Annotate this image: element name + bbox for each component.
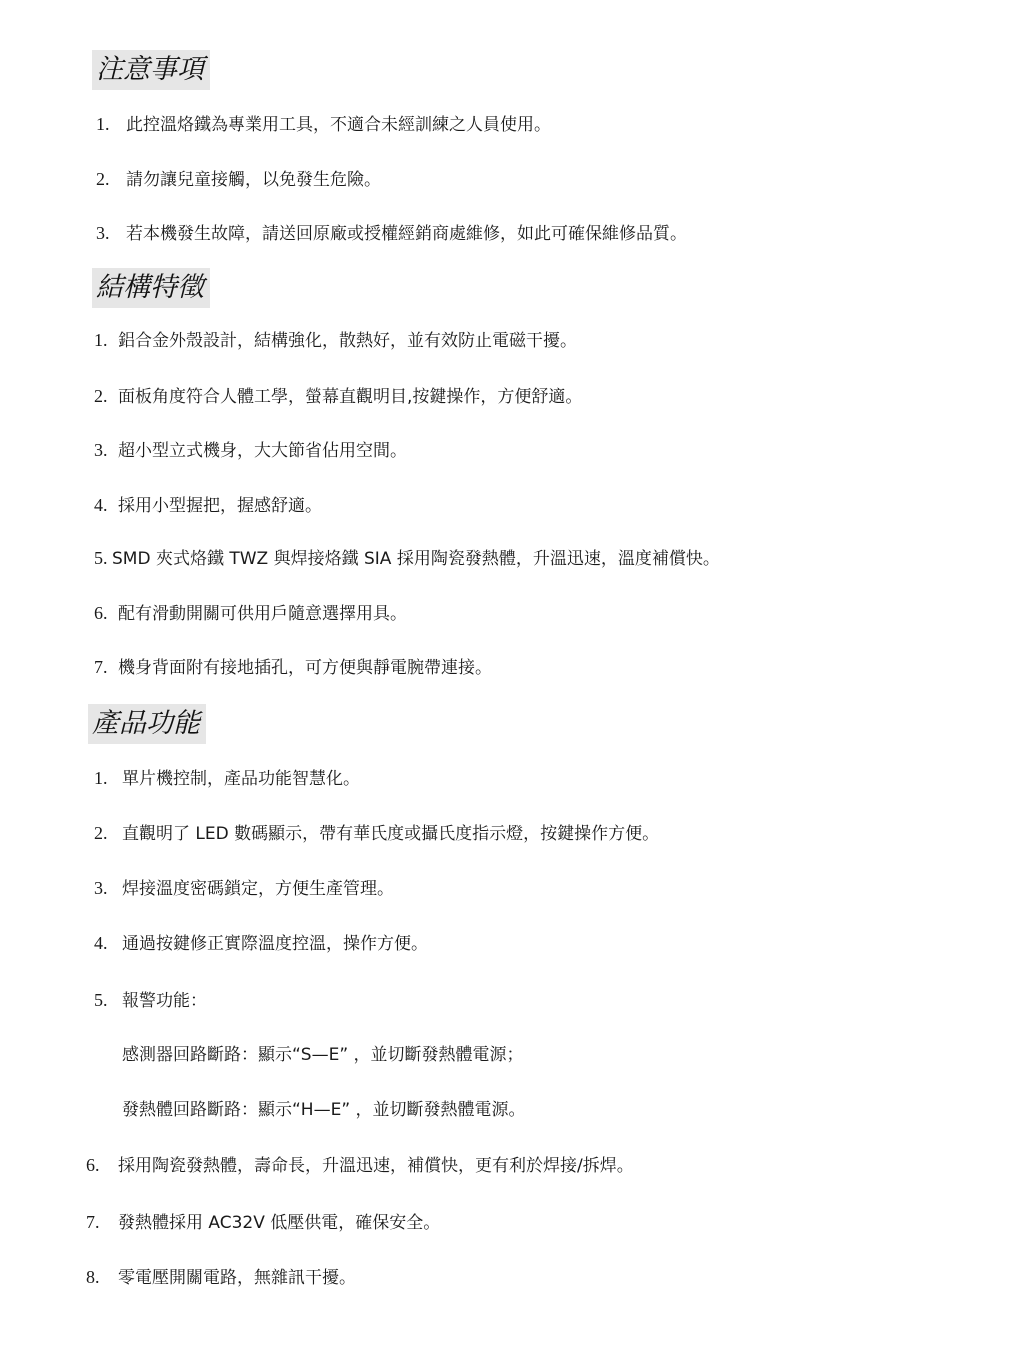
item-number: 6. bbox=[94, 601, 118, 625]
alarm-detail-heater: 發熱體回路斷路：顯示“H—E” ，並切斷發熱體電源。 bbox=[122, 1098, 526, 1122]
item-number: 1. bbox=[94, 328, 118, 352]
item-number: 8. bbox=[86, 1265, 118, 1289]
item-text: 零電壓開關電路，無雜訊干擾。 bbox=[118, 1268, 356, 1288]
item-text: 此控溫烙鐵為專業用工具，不適合未經訓練之人員使用。 bbox=[126, 115, 551, 135]
item-text: 超小型立式機身，大大節省佔用空間。 bbox=[118, 441, 407, 461]
list-item: 5.報警功能： bbox=[94, 988, 207, 1013]
item-text: 採用陶瓷發熱體，壽命長，升溫迅速，補償快，更有利於焊接/拆焊。 bbox=[118, 1156, 634, 1176]
item-text: SMD 夾式烙鐵 TWZ 與焊接烙鐵 SIA 採用陶瓷發熱體，升溫迅速，溫度補償… bbox=[112, 549, 720, 569]
item-number: 5. bbox=[94, 546, 112, 570]
item-text: 鋁合金外殼設計，結構強化，散熱好，並有效防止電磁干擾。 bbox=[118, 331, 577, 351]
item-number: 7. bbox=[94, 655, 118, 679]
item-text: 感測器回路斷路：顯示“S—E” ，並切斷發熱體電源； bbox=[122, 1045, 524, 1065]
item-number: 1. bbox=[94, 766, 122, 790]
item-number: 5. bbox=[94, 988, 122, 1012]
list-item: 8.零電壓開關電路，無雜訊干擾。 bbox=[86, 1265, 356, 1290]
item-number: 6. bbox=[86, 1153, 118, 1177]
item-text: 直觀明了 LED 數碼顯示，帶有華氏度或攝氏度指示燈，按鍵操作方便。 bbox=[122, 824, 659, 844]
item-text: 配有滑動開關可供用戶隨意選擇用具。 bbox=[118, 604, 407, 624]
item-number: 3. bbox=[94, 438, 118, 462]
item-number: 3. bbox=[94, 876, 122, 900]
item-text: 機身背面附有接地插孔，可方便與靜電腕帶連接。 bbox=[118, 658, 492, 678]
list-item: 2.直觀明了 LED 數碼顯示，帶有華氏度或攝氏度指示燈，按鍵操作方便。 bbox=[94, 821, 659, 846]
list-item: 3.若本機發生故障，請送回原廠或授權經銷商處維修，如此可確保維修品質。 bbox=[96, 221, 687, 246]
list-item: 7.發熱體採用 AC32V 低壓供電，確保安全。 bbox=[86, 1210, 440, 1235]
list-item: 1.單片機控制，產品功能智慧化。 bbox=[94, 766, 360, 791]
item-number: 7. bbox=[86, 1210, 118, 1234]
list-item: 4.通過按鍵修正實際溫度控溫，操作方便。 bbox=[94, 931, 428, 956]
item-number: 1. bbox=[96, 112, 126, 136]
list-item: 2.面板角度符合人體工學，螢幕直觀明目,按鍵操作，方便舒適。 bbox=[94, 384, 582, 409]
item-text: 採用小型握把，握感舒適。 bbox=[118, 496, 322, 516]
item-number: 4. bbox=[94, 493, 118, 517]
section-heading-structural-features: 結構特徵 bbox=[92, 268, 210, 308]
item-text: 若本機發生故障，請送回原廠或授權經銷商處維修，如此可確保維修品質。 bbox=[126, 224, 687, 244]
item-number: 2. bbox=[96, 167, 126, 191]
list-item: 5.SMD 夾式烙鐵 TWZ 與焊接烙鐵 SIA 採用陶瓷發熱體，升溫迅速，溫度… bbox=[94, 546, 720, 571]
list-item: 6.配有滑動開關可供用戶隨意選擇用具。 bbox=[94, 601, 407, 626]
list-item: 2.請勿讓兒童接觸，以免發生危險。 bbox=[96, 167, 381, 192]
list-item: 7.機身背面附有接地插孔，可方便與靜電腕帶連接。 bbox=[94, 655, 492, 680]
item-text: 發熱體回路斷路：顯示“H—E” ，並切斷發熱體電源。 bbox=[122, 1100, 526, 1120]
list-item: 3.超小型立式機身，大大節省佔用空間。 bbox=[94, 438, 407, 463]
item-number: 4. bbox=[94, 931, 122, 955]
section-heading-precautions: 注意事項 bbox=[92, 50, 210, 90]
item-text: 單片機控制，產品功能智慧化。 bbox=[122, 769, 360, 789]
list-item: 1.此控溫烙鐵為專業用工具，不適合未經訓練之人員使用。 bbox=[96, 112, 551, 137]
item-number: 2. bbox=[94, 821, 122, 845]
item-text: 請勿讓兒童接觸，以免發生危險。 bbox=[126, 170, 381, 190]
item-text: 發熱體採用 AC32V 低壓供電，確保安全。 bbox=[118, 1213, 440, 1233]
item-text: 面板角度符合人體工學，螢幕直觀明目,按鍵操作，方便舒適。 bbox=[118, 387, 582, 407]
item-number: 2. bbox=[94, 384, 118, 408]
list-item: 3.焊接溫度密碼鎖定，方便生產管理。 bbox=[94, 876, 394, 901]
list-item: 4.採用小型握把，握感舒適。 bbox=[94, 493, 322, 518]
item-number: 3. bbox=[96, 221, 126, 245]
list-item: 1.鋁合金外殼設計，結構強化，散熱好，並有效防止電磁干擾。 bbox=[94, 328, 577, 353]
alarm-detail-sensor: 感測器回路斷路：顯示“S—E” ，並切斷發熱體電源； bbox=[122, 1043, 524, 1067]
item-text: 報警功能： bbox=[122, 991, 207, 1011]
item-text: 焊接溫度密碼鎖定，方便生產管理。 bbox=[122, 879, 394, 899]
item-text: 通過按鍵修正實際溫度控溫，操作方便。 bbox=[122, 934, 428, 954]
list-item: 6.採用陶瓷發熱體，壽命長，升溫迅速，補償快，更有利於焊接/拆焊。 bbox=[86, 1153, 634, 1178]
section-heading-product-functions: 產品功能 bbox=[88, 704, 206, 744]
